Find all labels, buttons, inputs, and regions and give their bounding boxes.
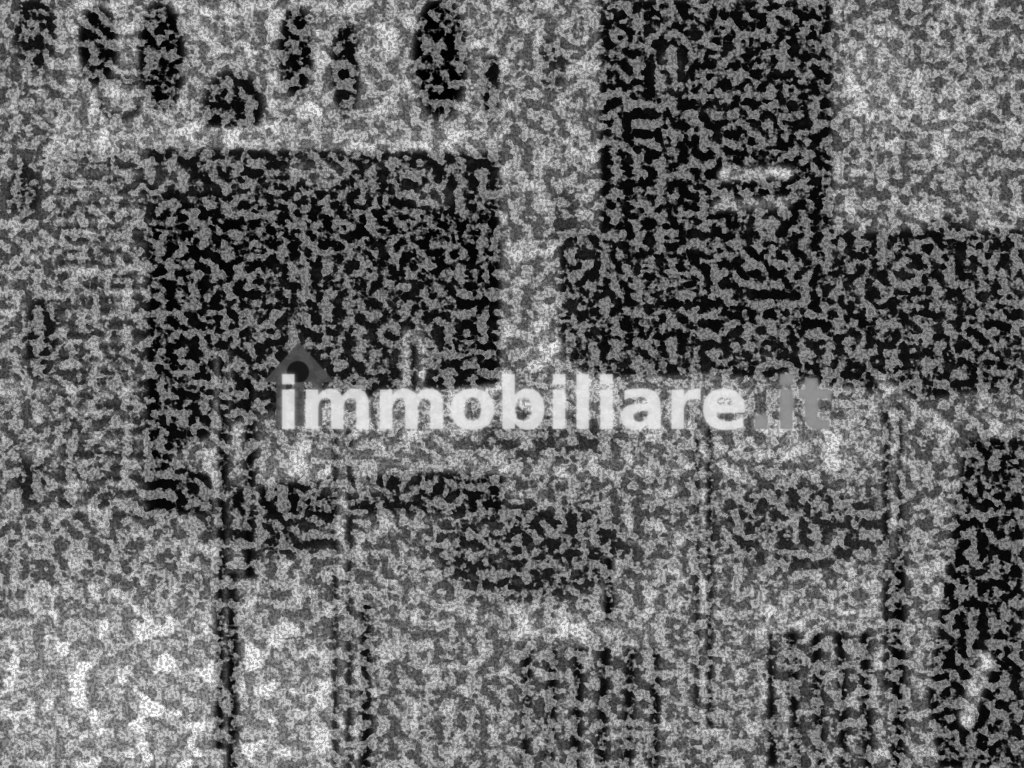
mantel-wreath xyxy=(96,76,144,120)
table-leg-center xyxy=(695,428,712,728)
chair-leg-dark xyxy=(360,600,372,768)
chair-leg-left xyxy=(224,572,240,768)
front-chair-rail xyxy=(516,617,665,648)
right-chair-rail xyxy=(685,318,904,362)
doorway-highlight-1 xyxy=(718,166,794,182)
chair-back-post-2 xyxy=(245,378,258,578)
chair-leg-right xyxy=(891,558,913,768)
property-photo: immobiliare.it xyxy=(0,0,1024,768)
middle-chair-top xyxy=(512,334,576,374)
fireplace-brick-pillar xyxy=(58,146,154,518)
chair-finial-highlights xyxy=(402,328,428,392)
floor-highlight xyxy=(0,585,370,768)
table-leg-left xyxy=(333,428,351,768)
photo-scene xyxy=(0,0,1024,768)
front-chair-rail-2 xyxy=(764,606,877,634)
front-chair-slats xyxy=(522,648,660,768)
front-chair-slats-2 xyxy=(768,632,874,768)
